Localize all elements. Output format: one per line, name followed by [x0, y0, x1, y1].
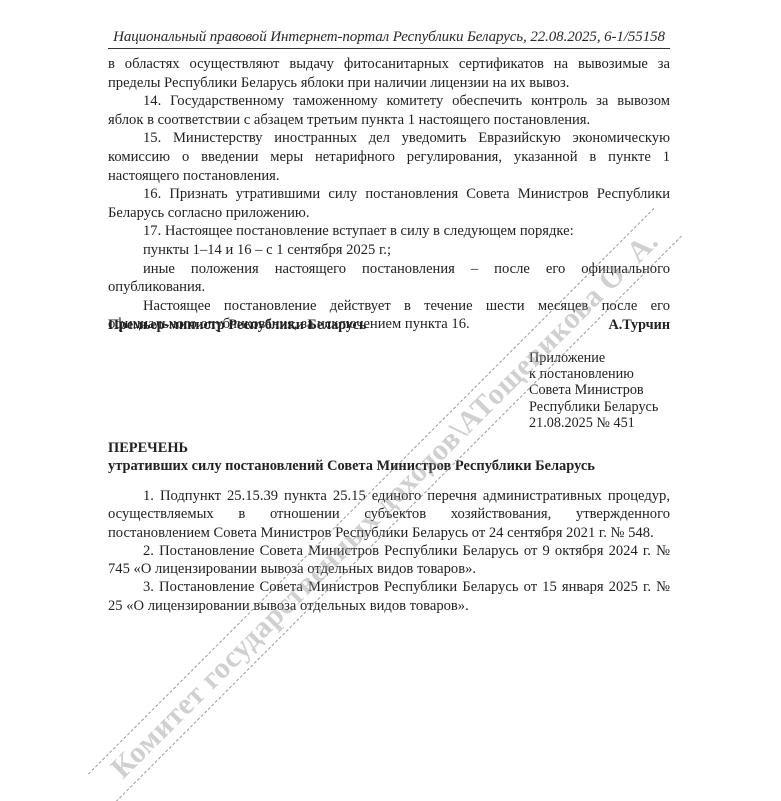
paragraph-17-item-2: иные положения настоящего постановления …	[108, 260, 670, 297]
appendix-reference: Приложение к постановлению Совета Минист…	[529, 350, 658, 431]
paragraph-17: 17. Настоящее постановление вступает в с…	[108, 222, 670, 241]
paragraph-17-item-1: пункты 1–14 и 16 – с 1 сентября 2025 г.;	[108, 241, 670, 260]
repealed-list: 1. Подпункт 25.15.39 пункта 25.15 единог…	[108, 487, 670, 615]
appendix-line: 21.08.2025 № 451	[529, 415, 658, 431]
list-item: 3. Постановление Совета Министров Респуб…	[108, 578, 670, 615]
list-item: 1. Подпункт 25.15.39 пункта 25.15 единог…	[108, 487, 670, 542]
paragraph-16: 16. Признать утратившими силу постановле…	[108, 185, 670, 222]
appendix-line: Республики Беларусь	[529, 399, 658, 415]
paragraph-13-continued: в областях осуществляют выдачу фитосанит…	[108, 55, 670, 92]
list-title: ПЕРЕЧЕНЬ	[108, 440, 595, 458]
appendix-line: к постановлению	[529, 366, 658, 382]
paragraph-14: 14. Государственному таможенному комитет…	[108, 92, 670, 129]
list-heading: ПЕРЕЧЕНЬ утративших силу постановлений С…	[108, 440, 595, 475]
document-header: Национальный правовой Интернет-портал Ре…	[108, 29, 670, 49]
signature-block: Премьер-министр Республики Беларусь А.Ту…	[108, 317, 670, 334]
list-item: 2. Постановление Совета Министров Респуб…	[108, 542, 670, 579]
appendix-line: Совета Министров	[529, 382, 658, 398]
signatory-name: А.Турчин	[608, 317, 670, 334]
signatory-position: Премьер-министр Республики Беларусь	[108, 317, 366, 334]
paragraph-15: 15. Министерству иностранных дел уведоми…	[108, 129, 670, 185]
appendix-line: Приложение	[529, 350, 658, 366]
list-subtitle: утративших силу постановлений Совета Мин…	[108, 458, 595, 476]
document-body: в областях осуществляют выдачу фитосанит…	[108, 55, 670, 334]
